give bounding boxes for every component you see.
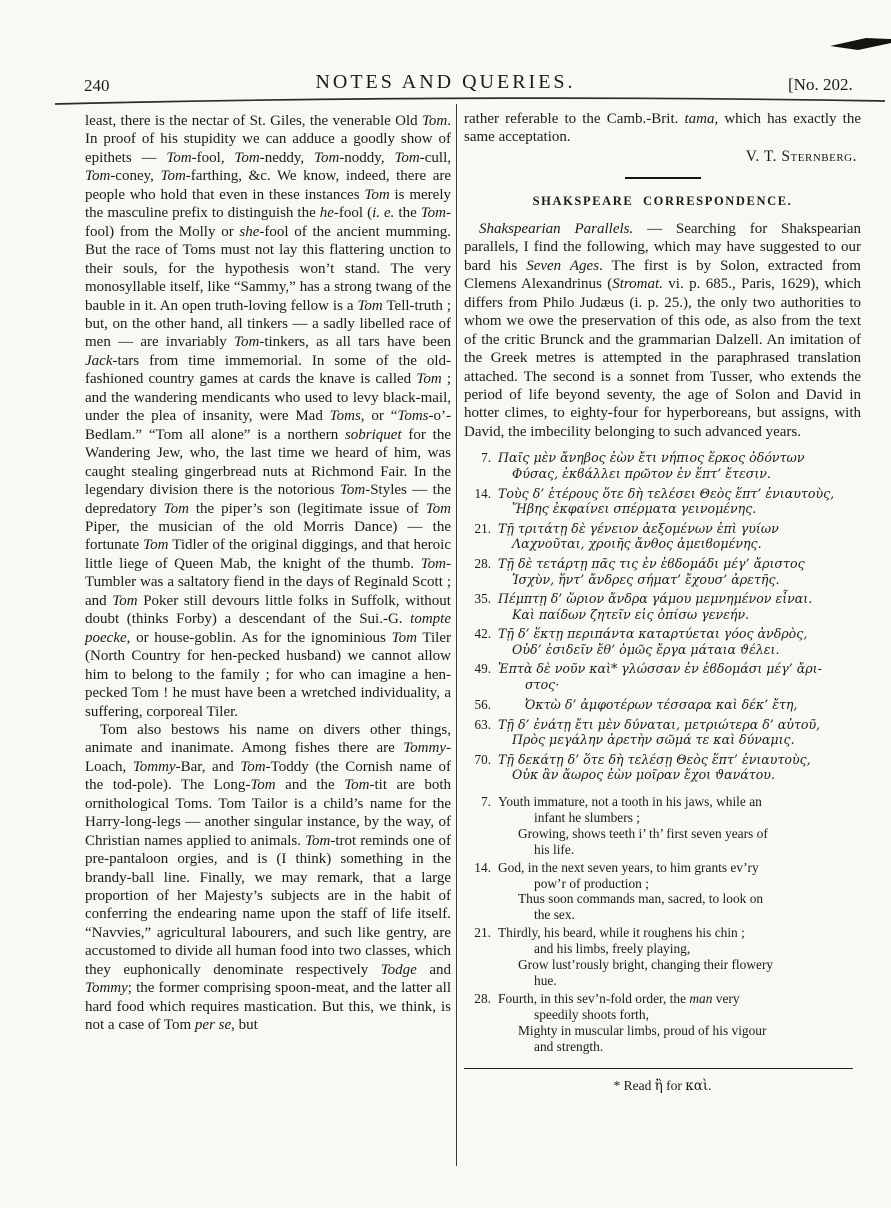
verse-line: Τῇ δ’ ἐνάτῃ ἔτι μὲν δύναται, μετριώτερα …: [498, 717, 861, 733]
paragraph: least, there is the nectar of St. Giles,…: [85, 112, 451, 721]
italic-text-run: Tom: [234, 334, 259, 350]
text-run: -noddy,: [339, 150, 394, 166]
verse: 35.Πέμπτῃ δ’ ὥριον ἄνδρα γάμου μεμνημένο…: [464, 591, 861, 622]
text-run: his life.: [534, 842, 574, 857]
verse-number: 7.: [464, 794, 498, 810]
verse-line: Youth immature, not a tooth in his jaws,…: [498, 794, 861, 810]
italic-text-run: Stromat.: [612, 276, 663, 292]
italic-text-run: Seven Ages: [526, 258, 599, 274]
paragraph: Tom also bestows his name on divers othe…: [85, 721, 451, 1035]
greek-verse-block: 7.Παῖς μὲν ἄνηβος ἐὼν ἔτι νήπιος ἕρκος ὀ…: [464, 450, 861, 783]
verse-line: infant he slumbers ;: [498, 810, 861, 826]
section-heading: SHAKSPEARE CORRESPONDENCE.: [464, 194, 861, 209]
verse-line: Λαχνοῦται, χροιῆς ἄνθος ἀμειϐομένης.: [498, 536, 861, 552]
text-run: , or house-goblin. As for the ignominiou…: [127, 630, 392, 646]
author-signature: V. T. Sternberg.: [464, 148, 861, 166]
verse-line: Πέμπτῃ δ’ ὥριον ἄνδρα γάμου μεμνημένον ε…: [498, 591, 861, 607]
verse-line: Τῇ δ’ ἕκτῃ περιπάντα καταρτύεται γόος ἀν…: [498, 626, 861, 642]
text-run: and strength.: [534, 1039, 603, 1054]
italic-text-run: he: [320, 205, 334, 221]
text-run: the: [394, 205, 420, 221]
italic-text-run: Tom: [250, 777, 275, 793]
verse-line: Φύσας, ἐκϐάλλει πρῶτον ἐν ἕπτ’ ἔτεσιν.: [498, 466, 861, 482]
italic-text-run: Toms: [330, 408, 361, 424]
scanned-document-page: 240 NOTES AND QUERIES. [No. 202. least, …: [0, 0, 891, 1208]
italic-text-run: Tommy: [133, 759, 176, 775]
verse-number: 21.: [464, 925, 498, 941]
text-run: Mighty in muscular limbs, proud of his v…: [518, 1023, 766, 1038]
verse-line: and his limbs, freely playing,: [498, 941, 861, 957]
text-run: pow’r of production ;: [534, 876, 649, 891]
verse-line: and strength.: [498, 1039, 861, 1055]
text-run: Poker still devours little folks in Suff…: [85, 593, 451, 627]
verse-line: pow’r of production ;: [498, 876, 861, 892]
verse-line: Τῇ δεκάτῃ δ’ ὅτε δὴ τελέσῃ Θεὸς ἕπτ’ ἐνι…: [498, 752, 861, 768]
verse-number: 35.: [464, 591, 498, 607]
verse: 14.God, in the next seven years, to him …: [464, 860, 861, 924]
verse-line: his life.: [498, 842, 861, 858]
verse: 63.Τῇ δ’ ἐνάτῃ ἔτι μὲν δύναται, μετριώτε…: [464, 717, 861, 748]
verse-line: Οὐκ ἂν ἄωρος ἐὼν μοῖραν ἔχοι ϑανάτου.: [498, 767, 861, 783]
italic-text-run: Tom: [392, 630, 417, 646]
italic-text-run: Tom: [166, 150, 191, 166]
verse-number: 28.: [464, 556, 498, 572]
verse-line: Ὀκτὼ δ’ ἀμφοτέρων τέσσαρα καὶ δέκ’ ἔτη,: [498, 697, 861, 713]
header-rule: [55, 95, 885, 109]
ink-mark-artifact: [828, 34, 891, 56]
verse: 7.Youth immature, not a tooth in his jaw…: [464, 794, 861, 858]
verse-number: 7.: [464, 450, 498, 466]
italic-text-run: Tom: [314, 150, 339, 166]
verse-line: Τῇ τριτάτῃ δὲ γένειον ἀεξομένων ἐπὶ γυίω…: [498, 521, 861, 537]
text-run: -fool,: [192, 150, 235, 166]
italic-text-run: Tommy: [403, 740, 446, 756]
verse-line: speedily shoots forth,: [498, 1007, 861, 1023]
text-run: the piper’s son (legitimate issue of: [189, 501, 426, 517]
column-divider-rule: [456, 104, 457, 1166]
verse-line: Ἥβης ἐκφαίνει σπέρματα γεινομένης.: [498, 501, 861, 517]
verse: 14.Τοὺς δ’ ἑτέρους ὅτε δὴ τελέσει Θεὸς ἕ…: [464, 486, 861, 517]
italic-text-run: Tom: [364, 187, 389, 203]
italic-text-run: she: [239, 224, 259, 240]
italic-text-run: man: [689, 991, 712, 1006]
text-run: * Read: [613, 1078, 654, 1093]
italic-text-run: sobriquet: [345, 427, 402, 443]
italic-text-run: Tom: [85, 168, 110, 184]
verse-line: hue.: [498, 973, 861, 989]
verse-number: 49.: [464, 661, 498, 677]
verse: 7.Παῖς μὲν ἄνηβος ἐὼν ἔτι νήπιος ἕρκος ὀ…: [464, 450, 861, 481]
english-verse-block: 7.Youth immature, not a tooth in his jaw…: [464, 794, 861, 1055]
text-run: ἢ: [655, 1078, 663, 1094]
text-run: , but: [231, 1017, 258, 1033]
paragraph: Shakspearian Parallels. — Searching for …: [464, 220, 861, 441]
text-run: vi. p. 685., Paris, 1629), which differs…: [464, 276, 861, 440]
text-run: -coney,: [110, 168, 160, 184]
paragraph: rather referable to the Camb.-Brit. tama…: [464, 110, 861, 147]
italic-text-run: Tom: [305, 833, 330, 849]
verse-line: Καὶ παίδων ζητεῖν εἰς ὀπίσω γενεήν.: [498, 607, 861, 623]
verse-line: Grow lust’rously bright, changing their …: [498, 957, 861, 973]
italic-text-run: i. e.: [372, 205, 394, 221]
italic-text-run: Tom: [112, 593, 137, 609]
text-run: , or “: [361, 408, 398, 424]
verse-line: στος·: [498, 677, 861, 693]
text-run: infant he slumbers ;: [534, 810, 640, 825]
italic-text-run: Tom: [426, 501, 451, 517]
italic-text-run: Tom: [344, 777, 369, 793]
verse-line: Παῖς μὲν ἄνηβος ἐὼν ἔτι νήπιος ἕρκος ὀδό…: [498, 450, 861, 466]
text-run: -tinkers, as all tars have been: [259, 334, 451, 350]
text-run: -neddy,: [260, 150, 314, 166]
text-run: Fourth, in this sev’n-fold order, the: [498, 991, 689, 1006]
italic-text-run: Tom: [234, 150, 259, 166]
verse-number: 28.: [464, 991, 498, 1007]
text-run: -cull,: [420, 150, 451, 166]
italic-text-run: per se: [195, 1017, 231, 1033]
italic-text-run: Shakspearian Parallels.: [479, 221, 633, 237]
text-run: God, in the next seven years, to him gra…: [498, 860, 759, 875]
text-run: rather referable to the Camb.-Brit.: [464, 111, 684, 127]
verse: 28.Fourth, in this sev’n-fold order, the…: [464, 991, 861, 1055]
italic-text-run: Toms: [397, 408, 428, 424]
text-run: -fool (: [334, 205, 372, 221]
italic-text-run: Tom: [421, 556, 446, 572]
text-run: hue.: [534, 973, 557, 988]
article-paragraphs: Shakspearian Parallels. — Searching for …: [464, 220, 861, 441]
italic-text-run: tama: [684, 111, 714, 127]
left-column: least, there is the nectar of St. Giles,…: [85, 112, 451, 1035]
verse: 49.Ἑπτὰ δὲ νοῦν καὶ* γλώσσαν ἐν ἑϐδομάσι…: [464, 661, 861, 692]
text-run: Thus soon commands man, sacred, to look …: [518, 891, 763, 906]
text-run: and his limbs, freely playing,: [534, 941, 690, 956]
verse: 70.Τῇ δεκάτῃ δ’ ὅτε δὴ τελέσῃ Θεὸς ἕπτ’ …: [464, 752, 861, 783]
italic-text-run: Todge: [381, 962, 417, 978]
text-run: and: [417, 962, 451, 978]
verse-line: Fourth, in this sev’n-fold order, the ma…: [498, 991, 861, 1007]
verse-line: Τοὺς δ’ ἑτέρους ὅτε δὴ τελέσει Θεὸς ἕπτ’…: [498, 486, 861, 502]
verse-line: Ἰσχὺν, ἥντ’ ἄνδρες σήματ’ ἔχουσ’ ἀρετῆς.: [498, 572, 861, 588]
verse-line: Thirdly, his beard, while it roughens hi…: [498, 925, 861, 941]
italic-text-run: Tom: [240, 759, 265, 775]
italic-text-run: Tom: [160, 168, 185, 184]
opening-paragraphs: rather referable to the Camb.-Brit. tama…: [464, 110, 861, 147]
text-run: very: [712, 991, 739, 1006]
italic-text-run: Tom: [143, 537, 168, 553]
footnote-rule: [464, 1068, 853, 1069]
footnote: * Read ἢ for καὶ.: [464, 1078, 861, 1094]
verse-line: Τῇ δὲ τετάρτῃ πᾶς τις ἐν ἑϐδομάδι μέγ’ ἄ…: [498, 556, 861, 572]
text-run: for: [663, 1078, 686, 1093]
verse-line: Growing, shows teeth i’ th’ first seven …: [498, 826, 861, 842]
right-column: rather referable to the Camb.-Brit. tama…: [464, 110, 861, 1094]
verse: 42.Τῇ δ’ ἕκτῃ περιπάντα καταρτύεται γόος…: [464, 626, 861, 657]
verse: 28.Τῇ δὲ τετάρτῃ πᾶς τις ἐν ἑϐδομάδι μέγ…: [464, 556, 861, 587]
verse-number: 14.: [464, 486, 498, 502]
text-run: the sex.: [534, 907, 575, 922]
italic-text-run: Tom: [394, 150, 419, 166]
verse-number: 42.: [464, 626, 498, 642]
text-run: -trot reminds one of pre-pantaloon orgie…: [85, 833, 451, 978]
italic-text-run: Tom: [357, 298, 382, 314]
verse-line: Thus soon commands man, sacred, to look …: [498, 891, 861, 907]
italic-text-run: Tommy: [85, 980, 128, 996]
verse: 21.Thirdly, his beard, while it roughens…: [464, 925, 861, 989]
italic-text-run: Jack: [85, 353, 112, 369]
verse: 56.Ὀκτὼ δ’ ἀμφοτέρων τέσσαρα καὶ δέκ’ ἔτ…: [464, 697, 861, 713]
text-run: -Bar, and: [176, 759, 241, 775]
issue-number: [No. 202.: [788, 75, 853, 95]
italic-text-run: Tom: [421, 205, 446, 221]
verse: 21.Τῇ τριτάτῃ δὲ γένειον ἀεξομένων ἐπὶ γ…: [464, 521, 861, 552]
text-run: Growing, shows teeth i’ th’ first seven …: [518, 826, 768, 841]
italic-text-run: Tom: [416, 371, 441, 387]
verse-line: the sex.: [498, 907, 861, 923]
italic-text-run: Tom: [340, 482, 365, 498]
text-run: least, there is the nectar of St. Giles,…: [85, 113, 422, 129]
italic-text-run: Tom: [422, 113, 447, 129]
verse-number: 56.: [464, 697, 498, 713]
text-run: καὶ: [685, 1078, 708, 1094]
text-run: speedily shoots forth,: [534, 1007, 649, 1022]
verse-number: 21.: [464, 521, 498, 537]
section-divider-rule: [625, 177, 701, 179]
text-run: -tars from time immemorial. In some of t…: [85, 353, 451, 387]
text-run: Grow lust’rously bright, changing their …: [518, 957, 773, 972]
verse-number: 14.: [464, 860, 498, 876]
verse-line: Πρὸς μεγάλην ἀρετὴν σῶμά τε καὶ δύναμις.: [498, 732, 861, 748]
text-run: ; the former comprising spoon-meat, and …: [85, 980, 451, 1033]
text-run: Youth immature, not a tooth in his jaws,…: [498, 794, 762, 809]
verse-number: 63.: [464, 717, 498, 733]
text-run: and the: [276, 777, 345, 793]
text-run: .: [708, 1078, 711, 1093]
verse-number: 70.: [464, 752, 498, 768]
text-run: Tom also bestows his name on divers othe…: [85, 722, 451, 756]
verse-line: Mighty in muscular limbs, proud of his v…: [498, 1023, 861, 1039]
verse-line: Ἑπτὰ δὲ νοῦν καὶ* γλώσσαν ἐν ἑϐδομάσι μέ…: [498, 661, 861, 677]
text-run: Thirdly, his beard, while it roughens hi…: [498, 925, 745, 940]
verse-line: Οὐδ’ ἐσιδεῖν ἔθ’ ὁμῶς ἔργα μάταια ϑέλει.: [498, 642, 861, 658]
page-title: NOTES AND QUERIES.: [0, 71, 891, 94]
italic-text-run: Tom: [164, 501, 189, 517]
verse-line: God, in the next seven years, to him gra…: [498, 860, 861, 876]
